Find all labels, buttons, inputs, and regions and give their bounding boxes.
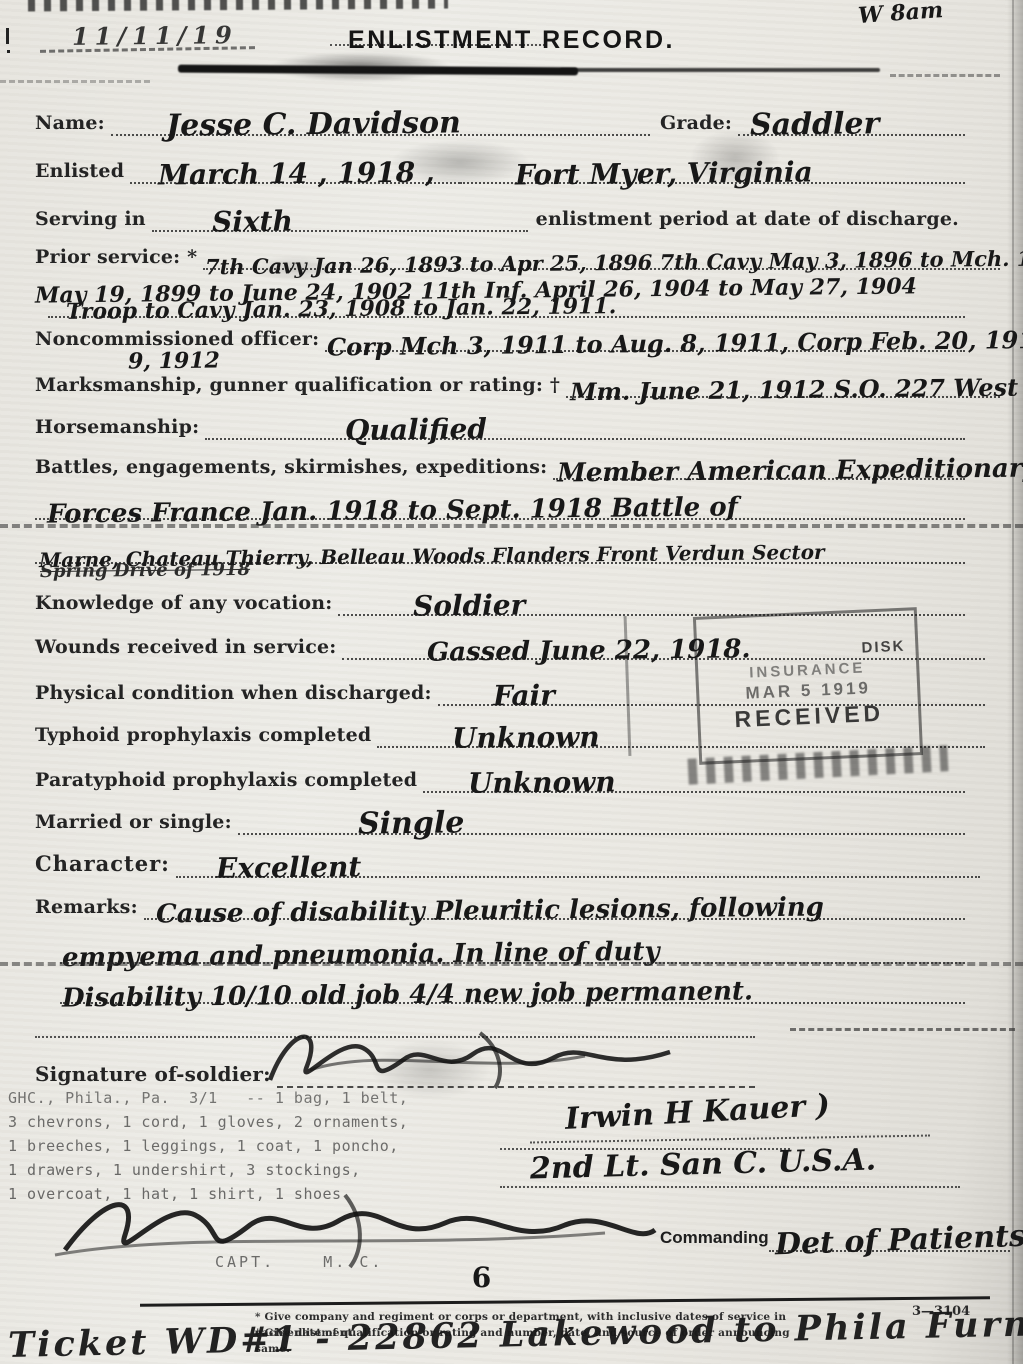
remarks-line2: empyema and pneumonia. In line of duty: [62, 939, 660, 971]
remarks-line2-row: empyema and pneumonia. In line of duty: [60, 926, 965, 964]
remarks-line3: Disability 10/10 old job 4/4 new job per…: [62, 978, 753, 1011]
top-cutoff-type: [28, 0, 448, 11]
enlisted-label: Enlisted: [35, 160, 130, 184]
serving-label: Serving in: [35, 208, 152, 232]
serving-value: Sixth: [212, 208, 293, 237]
marksmanship-value: Mm. June 21, 1912 S.O. 227 West Div. Oct…: [570, 374, 1023, 405]
field-serving: Serving in Sixth enlistment period at da…: [35, 196, 965, 232]
field-character: Character: Excellent: [35, 838, 980, 878]
footer-rule: [140, 1296, 990, 1306]
typhoid-label: Typhoid prophylaxis completed: [35, 724, 377, 748]
vocation-label: Knowledge of any vocation:: [35, 592, 338, 616]
ink-blob: [370, 1040, 490, 1100]
name-value: Jesse C. Davidson: [166, 108, 461, 141]
issue-line-2: 3 chevrons, 1 cord, 1 gloves, 2 ornament…: [8, 1112, 408, 1134]
page-edge-shadow: [1007, 0, 1023, 1364]
battles-value2: Forces France Jan. 1918 to Sept. 1918 Ba…: [47, 494, 738, 527]
horsemanship-value: Qualified: [345, 415, 487, 444]
remarks-line1: Cause of disability Pleuritic lesions, f…: [156, 895, 824, 928]
wounds-label: Wounds received in service:: [35, 636, 342, 660]
signature-label: Signature of-soldier:: [35, 1062, 277, 1088]
battles-label: Battles, engagements, skirmishes, expedi…: [35, 456, 553, 480]
remarks-line3-row: Disability 10/10 old job 4/4 new job per…: [60, 968, 965, 1004]
remarks-label: Remarks:: [35, 896, 144, 920]
married-value: Single: [358, 808, 465, 839]
horsemanship-label: Horsemanship:: [35, 416, 205, 440]
stamp-date-text: MAR 5 1919: [745, 679, 871, 703]
commanding-label: Commanding: [660, 1228, 769, 1252]
field-commanding: Commanding Det of Patients: [660, 1208, 1010, 1252]
received-stamp: DISK INSURANCE MAR 5 1919 RECEIVED: [693, 607, 923, 765]
battles-line2-row: Forces France Jan. 1918 to Sept. 1918 Ba…: [35, 482, 965, 520]
prior-service-line3-row: Troop to Cavy Jan. 23, 1908 to Jan. 22, …: [48, 288, 965, 318]
married-label: Married or single:: [35, 811, 238, 835]
nco-value: Corp Mch 3, 1911 to Aug. 8, 1911, Corp F…: [327, 327, 1023, 360]
corner-note: W 8am: [857, 0, 944, 27]
name-label: Name:: [35, 112, 111, 136]
page-edge-line: [1012, 0, 1014, 1364]
heavy-dash-divider2: [0, 962, 1023, 966]
blank-line-right: [790, 1028, 1015, 1031]
grade-value: Saddler: [750, 109, 880, 140]
issue-line-1: GHC., Phila., Pa. 3/1 -- 1 bag, 1 belt,: [8, 1088, 408, 1110]
page-title: ENLISTMENT RECORD.: [0, 26, 1023, 55]
field-name: Name: Jesse C. Davidson: [35, 100, 650, 136]
page-number: 6: [0, 1264, 963, 1292]
commanding-value: Det of Patients: [774, 1222, 1023, 1261]
field-marksmanship: Marksmanship, gunner qualification or ra…: [35, 362, 1000, 398]
character-value: Excellent: [216, 853, 362, 883]
paratyphoid-label: Paratyphoid prophylaxis completed: [35, 769, 423, 793]
stamp-received-text: RECEIVED: [734, 700, 885, 732]
field-married: Married or single: Single: [35, 795, 965, 835]
heavy-dash-divider: [0, 524, 1023, 528]
vocation-value: Soldier: [413, 591, 526, 620]
field-battles: Battles, engagements, skirmishes, expedi…: [35, 442, 965, 480]
smudge-trail: [890, 74, 1000, 77]
character-label: Character:: [35, 851, 176, 878]
physical-value: Fair: [493, 682, 555, 711]
title-smudge-line: [560, 68, 880, 72]
field-nco: Noncommissioned officer: Corp Mch 3, 191…: [35, 318, 965, 352]
marksmanship-label: Marksmanship, gunner qualification or ra…: [35, 374, 566, 398]
field-grade: Grade: Saddler: [660, 100, 965, 136]
field-horsemanship: Horsemanship: Qualified: [35, 402, 965, 440]
typhoid-value: Unknown: [452, 723, 600, 753]
smudge-trail: [0, 80, 150, 83]
serving-suffix: enlistment period at date of discharge.: [528, 208, 965, 232]
field-remarks: Remarks: Cause of disability Pleuritic l…: [35, 880, 965, 920]
ink-blob: [250, 255, 340, 281]
ink-blob: [270, 52, 450, 82]
ink-blob: [390, 140, 530, 185]
stamp-disk-text: DISK: [861, 639, 906, 657]
paratyphoid-value: Unknown: [468, 768, 616, 798]
ink-blob: [690, 130, 780, 185]
issue-line-3: 1 breeches, 1 leggings, 1 coat, 1 poncho…: [8, 1136, 399, 1158]
scanned-enlistment-record: 11/11/19 W 8am ENLISTMENT RECORD. Name: …: [0, 0, 1023, 1364]
physical-label: Physical condition when discharged:: [35, 682, 438, 706]
